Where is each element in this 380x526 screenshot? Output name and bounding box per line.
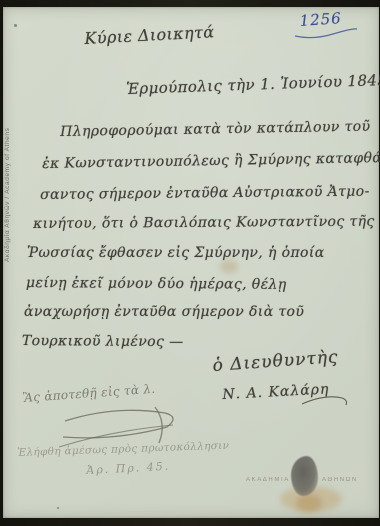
body-line-7: ἀναχωρήσῃ ἐνταῦθα σήμερον διὰ τοῦ	[24, 304, 304, 320]
academy-stamp-right-text: ΑΘΗΝΩΝ	[322, 477, 358, 483]
paper-stain-small	[220, 260, 238, 273]
paper-stain-bottom-dark	[296, 494, 322, 512]
archive-number-underline	[293, 26, 359, 40]
archive-credit-watermark: Ακαδημία Αθηνών / Academy of Athens	[4, 26, 11, 262]
paper-speck	[14, 24, 17, 27]
academy-stamp-head-icon	[291, 456, 318, 496]
scanned-letter-page: Ακαδημία Αθηνών / Academy of Athens 1256…	[0, 0, 380, 526]
body-line-4: κινήτου, ὅτι ὁ Βασιλόπαις Κωνσταντῖνος τ…	[33, 214, 375, 232]
academy-stamp-left-text: ΑΚΑΔΗΜΙΑ	[246, 477, 290, 483]
body-line-5: Ῥωσσίας ἔφθασεν εἰς Σμύρνην, ἡ ὁποία	[27, 245, 325, 261]
body-line-6: μείνῃ ἐκεῖ μόνον δύο ἡμέρας, θέλῃ	[26, 275, 287, 293]
signature-flourish-icon	[300, 392, 350, 408]
body-line-8: Τουρκικοῦ λιμένος —	[22, 333, 184, 350]
paper-speck	[57, 507, 59, 509]
